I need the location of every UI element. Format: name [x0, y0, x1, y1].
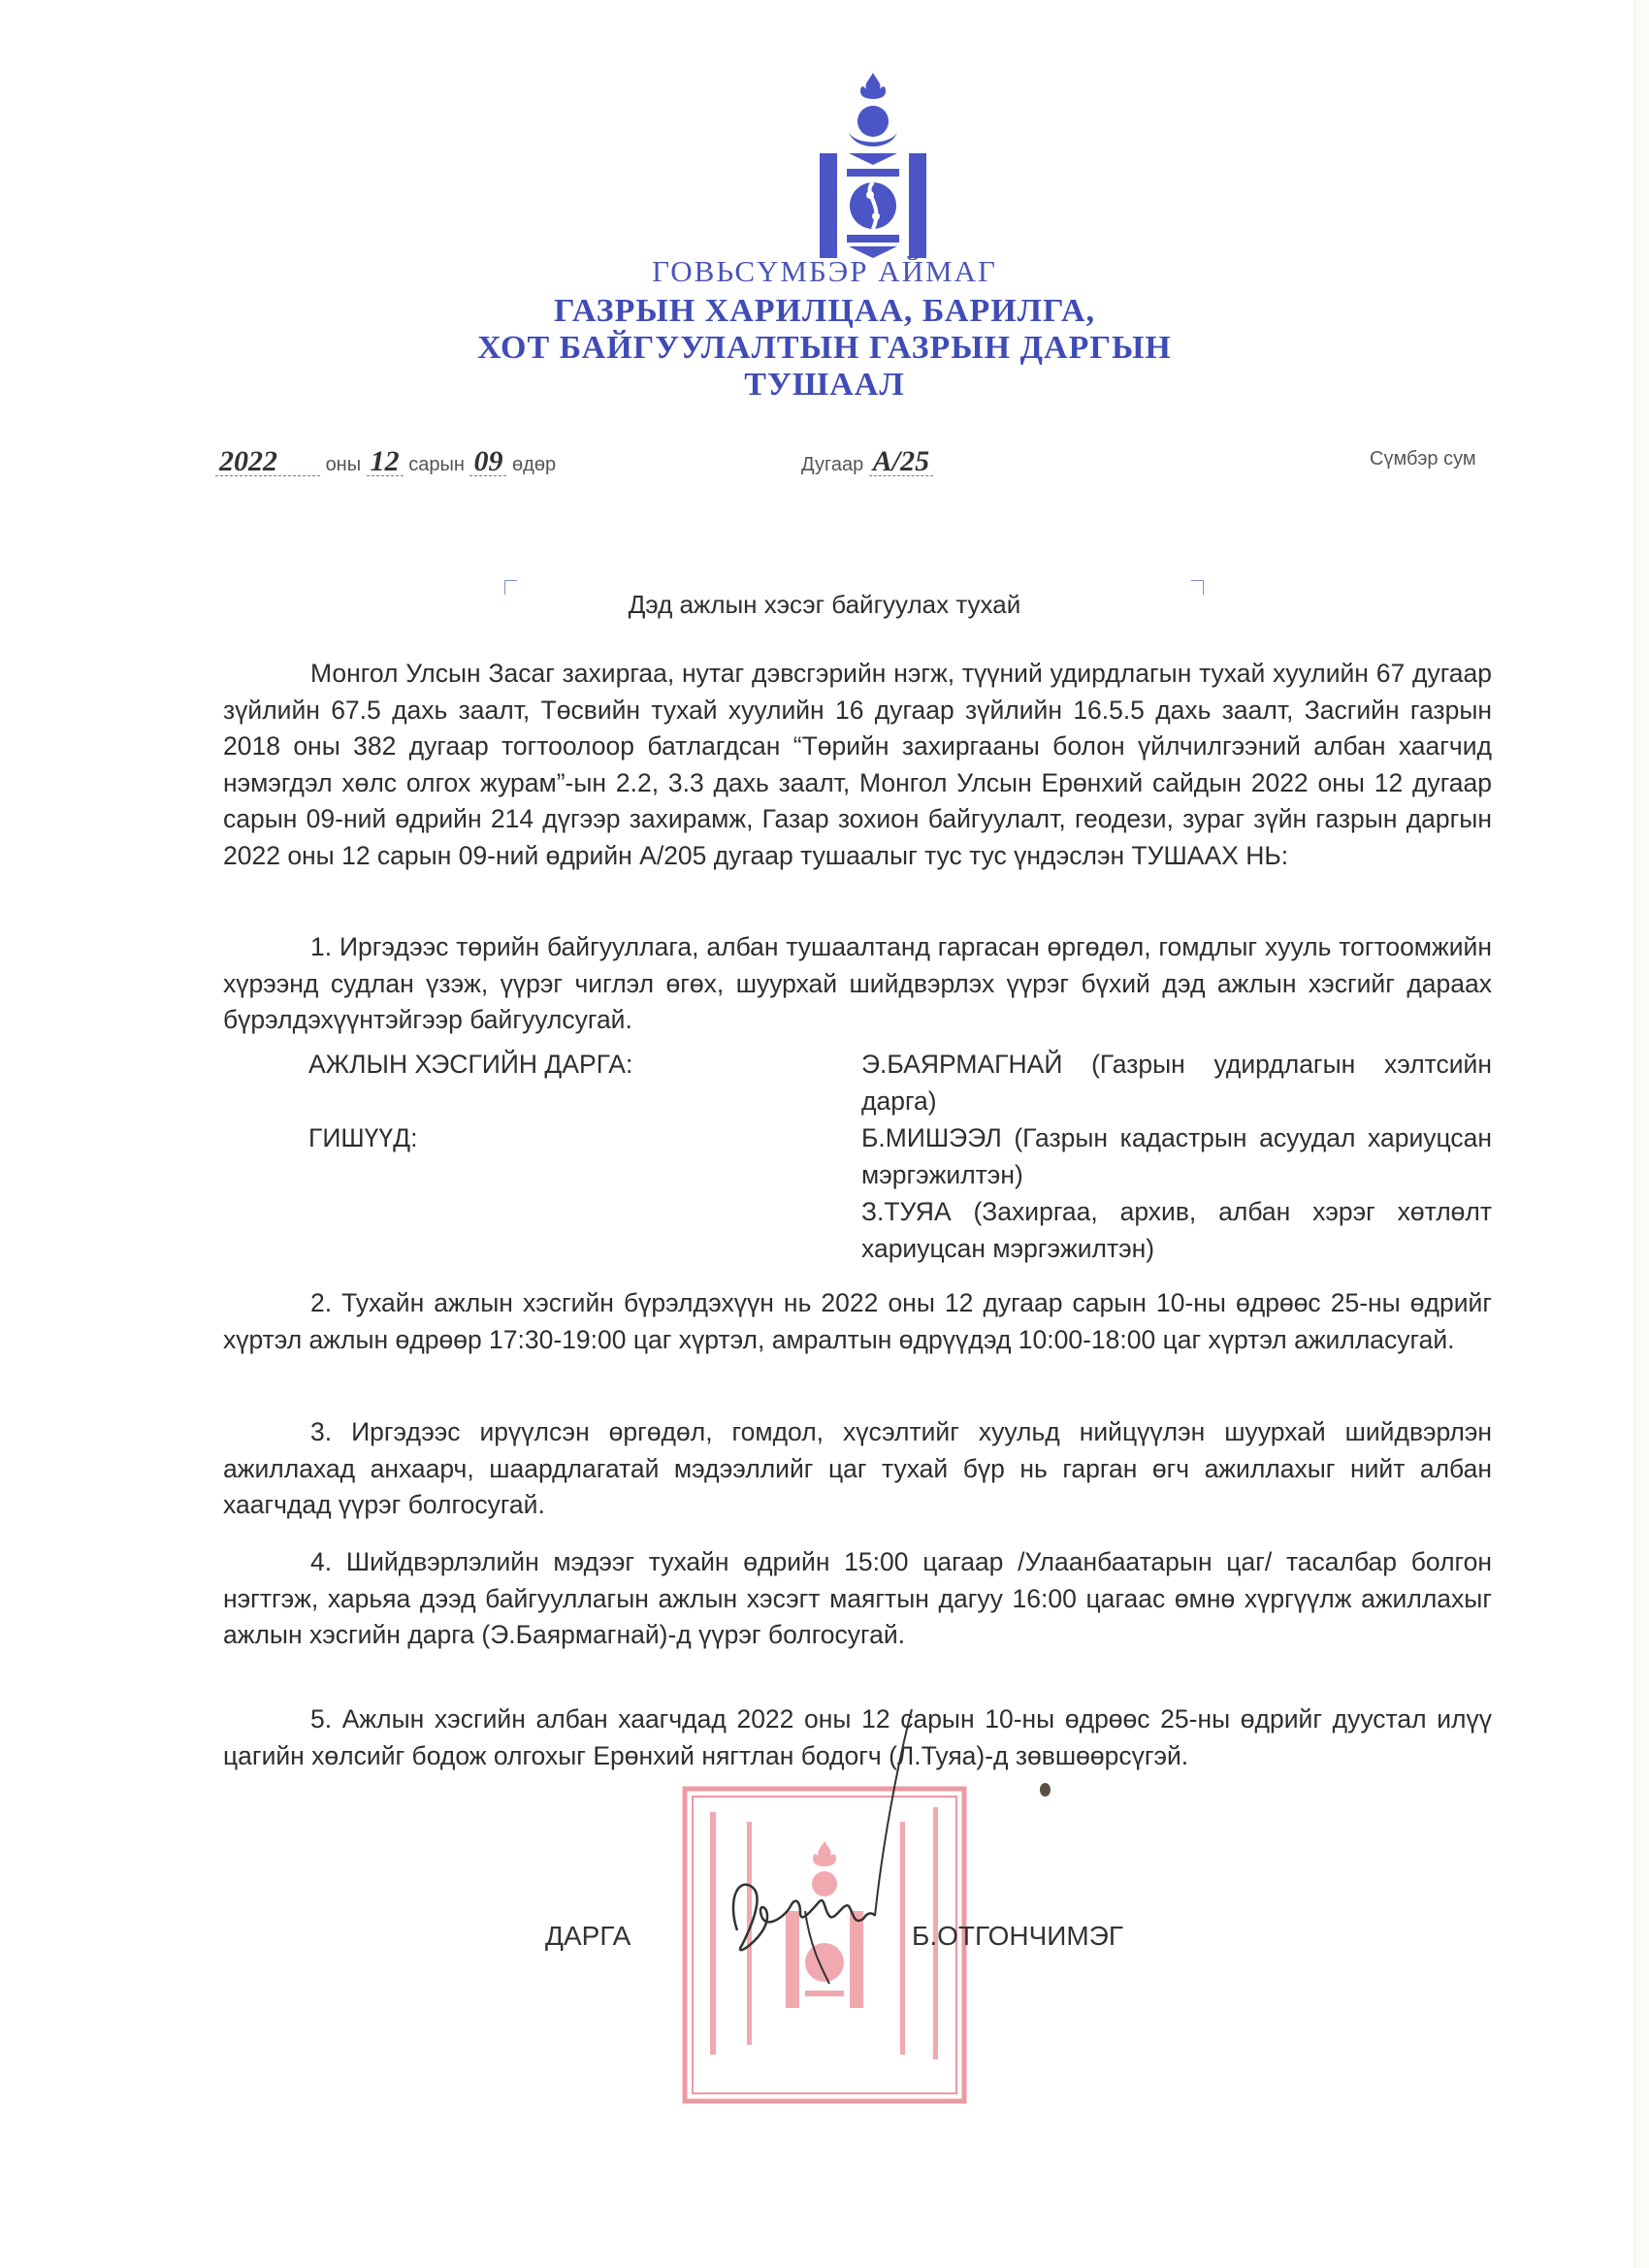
document-subject: Дэд ажлын хэсэг байгуулах тухай	[0, 590, 1649, 620]
soyombo-emblem-icon	[810, 68, 936, 262]
aimag-name: ГОВЬСҮМБЭР АЙМАГ	[0, 254, 1649, 289]
chair-row: АЖЛЫН ХЭСГИЙН ДАРГА: Э.БАЯРМАГНАЙ (Газры…	[308, 1046, 1492, 1119]
year-label: оны	[326, 454, 362, 475]
members-label: ГИШҮҮД:	[308, 1119, 861, 1267]
number-label: Дугаар	[801, 454, 863, 475]
order-item-text: 1. Иргэдээс төрийн байгууллага, албан ту…	[223, 929, 1492, 1039]
committee-members: АЖЛЫН ХЭСГИЙН ДАРГА: Э.БАЯРМАГНАЙ (Газры…	[308, 1046, 1492, 1267]
date-field: 2022 оны 12 сарын 09 өдөр	[215, 448, 556, 476]
month-value: 12	[367, 448, 404, 476]
order-item-text: 4. Шийдвэрлэлийн мэдээг тухайн өдрийн 15…	[223, 1544, 1492, 1654]
chair-label: АЖЛЫН ХЭСГИЙН ДАРГА:	[308, 1046, 861, 1119]
order-item-4: 4. Шийдвэрлэлийн мэдээг тухайн өдрийн 15…	[223, 1544, 1492, 1654]
preamble: Монгол Улсын Засаг захиргаа, нутаг дэвсг…	[223, 656, 1492, 874]
order-item-3: 3. Иргэдээс ирүүлсэн өргөдөл, гомдол, хү…	[223, 1414, 1492, 1524]
order-item-text: 3. Иргэдээс ирүүлсэн өргөдөл, гомдол, хү…	[223, 1414, 1492, 1524]
members-row: ГИШҮҮД: Б.МИШЭЭЛ (Газрын кадастрын асууд…	[308, 1119, 1492, 1267]
day-label: өдөр	[512, 454, 556, 475]
document-number-field: Дугаар А/25	[801, 448, 933, 476]
place-label: Сүмбэр сум	[1370, 448, 1476, 470]
department-title-line: ГАЗРЫН ХАРИЛЦАА, БАРИЛГА,	[0, 293, 1649, 330]
department-title: ГАЗРЫН ХАРИЛЦАА, БАРИЛГА, ХОТ БАЙГУУЛАЛТ…	[0, 293, 1649, 404]
order-item-1: 1. Иргэдээс төрийн байгууллага, албан ту…	[223, 929, 1492, 1039]
preamble-text: Монгол Улсын Засаг захиргаа, нутаг дэвсг…	[223, 656, 1492, 874]
department-title-line: ХОТ БАЙГУУЛАЛТЫН ГАЗРЫН ДАРГЫН	[0, 330, 1649, 367]
month-label: сарын	[408, 454, 465, 475]
ink-spot	[1040, 1783, 1051, 1797]
signatory-name: Б.ОТГОНЧИМЭГ	[912, 1921, 1123, 1952]
number-value: А/25	[869, 448, 933, 476]
handwritten-signature	[708, 1707, 960, 1998]
member-list: Б.МИШЭЭЛ (Газрын кадастрын асуудал хариу…	[861, 1119, 1492, 1267]
order-item-text: 2. Тухайн ажлын хэсгийн бүрэлдэхүүн нь 2…	[223, 1285, 1492, 1358]
year-value: 2022	[215, 448, 320, 476]
document-type: ТУШААЛ	[0, 367, 1649, 404]
day-value: 09	[469, 448, 506, 476]
signatory-role: ДАРГА	[545, 1921, 630, 1952]
order-item-2: 2. Тухайн ажлын хэсгийн бүрэлдэхүүн нь 2…	[223, 1285, 1492, 1358]
member-entry: Б.МИШЭЭЛ (Газрын кадастрын асуудал хариу…	[861, 1119, 1492, 1193]
chair-name: Э.БАЯРМАГНАЙ (Газрын удирдлагын хэлтсийн…	[861, 1046, 1492, 1119]
member-entry: З.ТУЯА (Захиргаа, архив, албан хэрэг хөт…	[861, 1193, 1492, 1267]
